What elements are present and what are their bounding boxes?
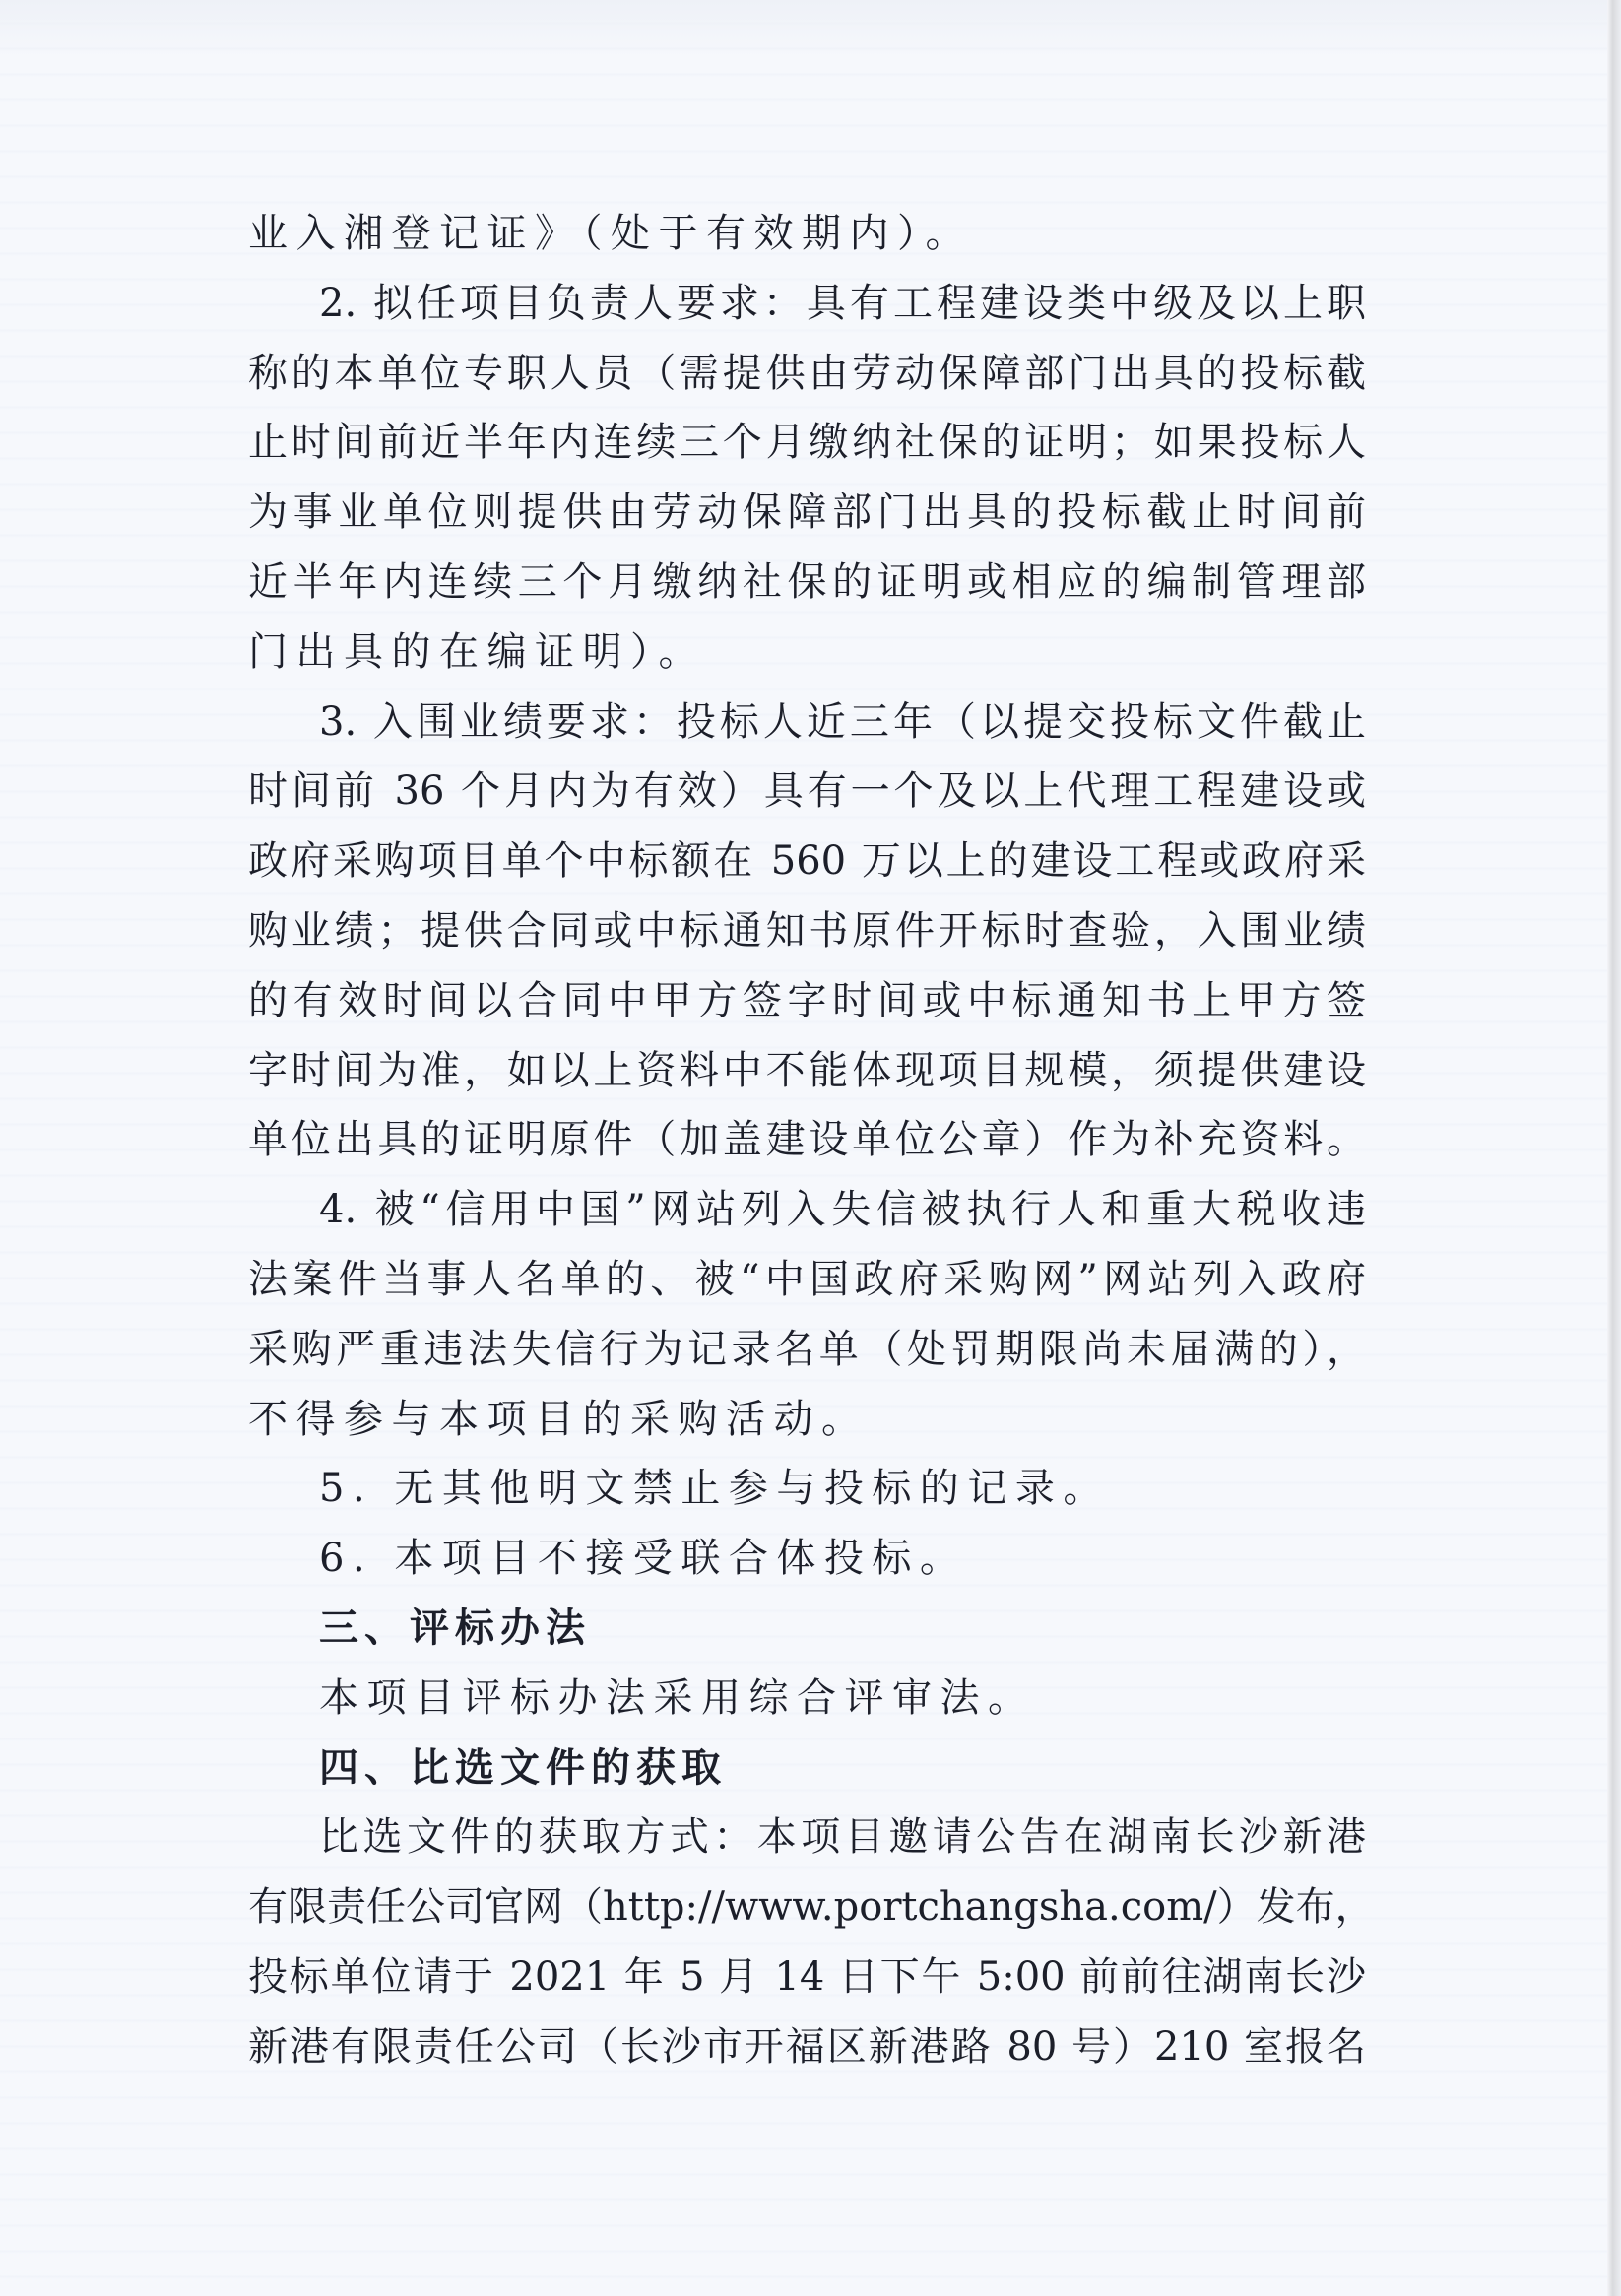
- deadline-line: 投标单位请于 2021 年 5 月 14 日下午 5:00 前前往湖南长沙: [248, 1942, 1366, 2012]
- website-line: 有限责任公司官网（http://www.portchangsha.com/）发布…: [248, 1872, 1366, 1942]
- text-line: 采购严重违法失信行为记录名单（处罚期限尚未届满的），: [248, 1315, 1366, 1385]
- text-line: 时间前 36 个月内为有效）具有一个及以上代理工程建设或: [248, 756, 1366, 826]
- text-line: 比选文件的获取方式：本项目邀请公告在湖南长沙新港: [248, 1803, 1366, 1872]
- scanned-page: 业入湘登记证》（处于有效期内）。 2. 拟任项目负责人要求：具有工程建设类中级及…: [0, 0, 1621, 2296]
- text-line: 本项目评标办法采用综合评审法。: [248, 1664, 1366, 1734]
- requirement-6-line: 6. 本项目不接受联合体投标。: [248, 1524, 1366, 1594]
- text-line: 政府采购项目单个中标额在 560 万以上的建设工程或政府采: [248, 826, 1366, 896]
- text-line: 近半年内连续三个月缴纳社保的证明或相应的编制管理部: [248, 548, 1366, 618]
- scan-top-shade: [0, 0, 1621, 59]
- section-heading-document-acquisition: 四、比选文件的获取: [248, 1734, 1366, 1804]
- requirement-4-line: 4. 被“信用中国”网站列入失信被执行人和重大税收违: [248, 1175, 1366, 1245]
- text-line: 字时间为准，如以上资料中不能体现项目规模，须提供建设: [248, 1036, 1366, 1106]
- text-line: 门出具的在编证明）。: [248, 618, 1366, 688]
- scan-edge-strip: [1607, 0, 1621, 2296]
- text-line: 法案件当事人名单的、被“中国政府采购网”网站列入政府: [248, 1245, 1366, 1315]
- address-line: 新港有限责任公司（长沙市开福区新港路 80 号）210 室报名: [248, 2012, 1366, 2082]
- text-line: 为事业单位则提供由劳动保障部门出具的投标截止时间前: [248, 478, 1366, 548]
- requirement-3-line: 3. 入围业绩要求：投标人近三年（以提交投标文件截止: [248, 688, 1366, 757]
- text-line: 单位出具的证明原件（加盖建设单位公章）作为补充资料。: [248, 1105, 1366, 1175]
- text-line: 称的本单位专职人员（需提供由劳动保障部门出具的投标截: [248, 339, 1366, 409]
- requirement-2-line: 2. 拟任项目负责人要求：具有工程建设类中级及以上职: [248, 269, 1366, 339]
- text-line: 的有效时间以合同中甲方签字时间或中标通知书上甲方签: [248, 966, 1366, 1036]
- document-body: 业入湘登记证》（处于有效期内）。 2. 拟任项目负责人要求：具有工程建设类中级及…: [248, 199, 1366, 2082]
- text-line: 不得参与本项目的采购活动。: [248, 1385, 1366, 1455]
- text-line: 业入湘登记证》（处于有效期内）。: [248, 199, 1366, 269]
- requirement-5-line: 5. 无其他明文禁止参与投标的记录。: [248, 1454, 1366, 1524]
- text-line: 购业绩；提供合同或中标通知书原件开标时查验，入围业绩: [248, 896, 1366, 966]
- text-line: 止时间前近半年内连续三个月缴纳社保的证明；如果投标人: [248, 408, 1366, 478]
- section-heading-evaluation: 三、评标办法: [248, 1594, 1366, 1664]
